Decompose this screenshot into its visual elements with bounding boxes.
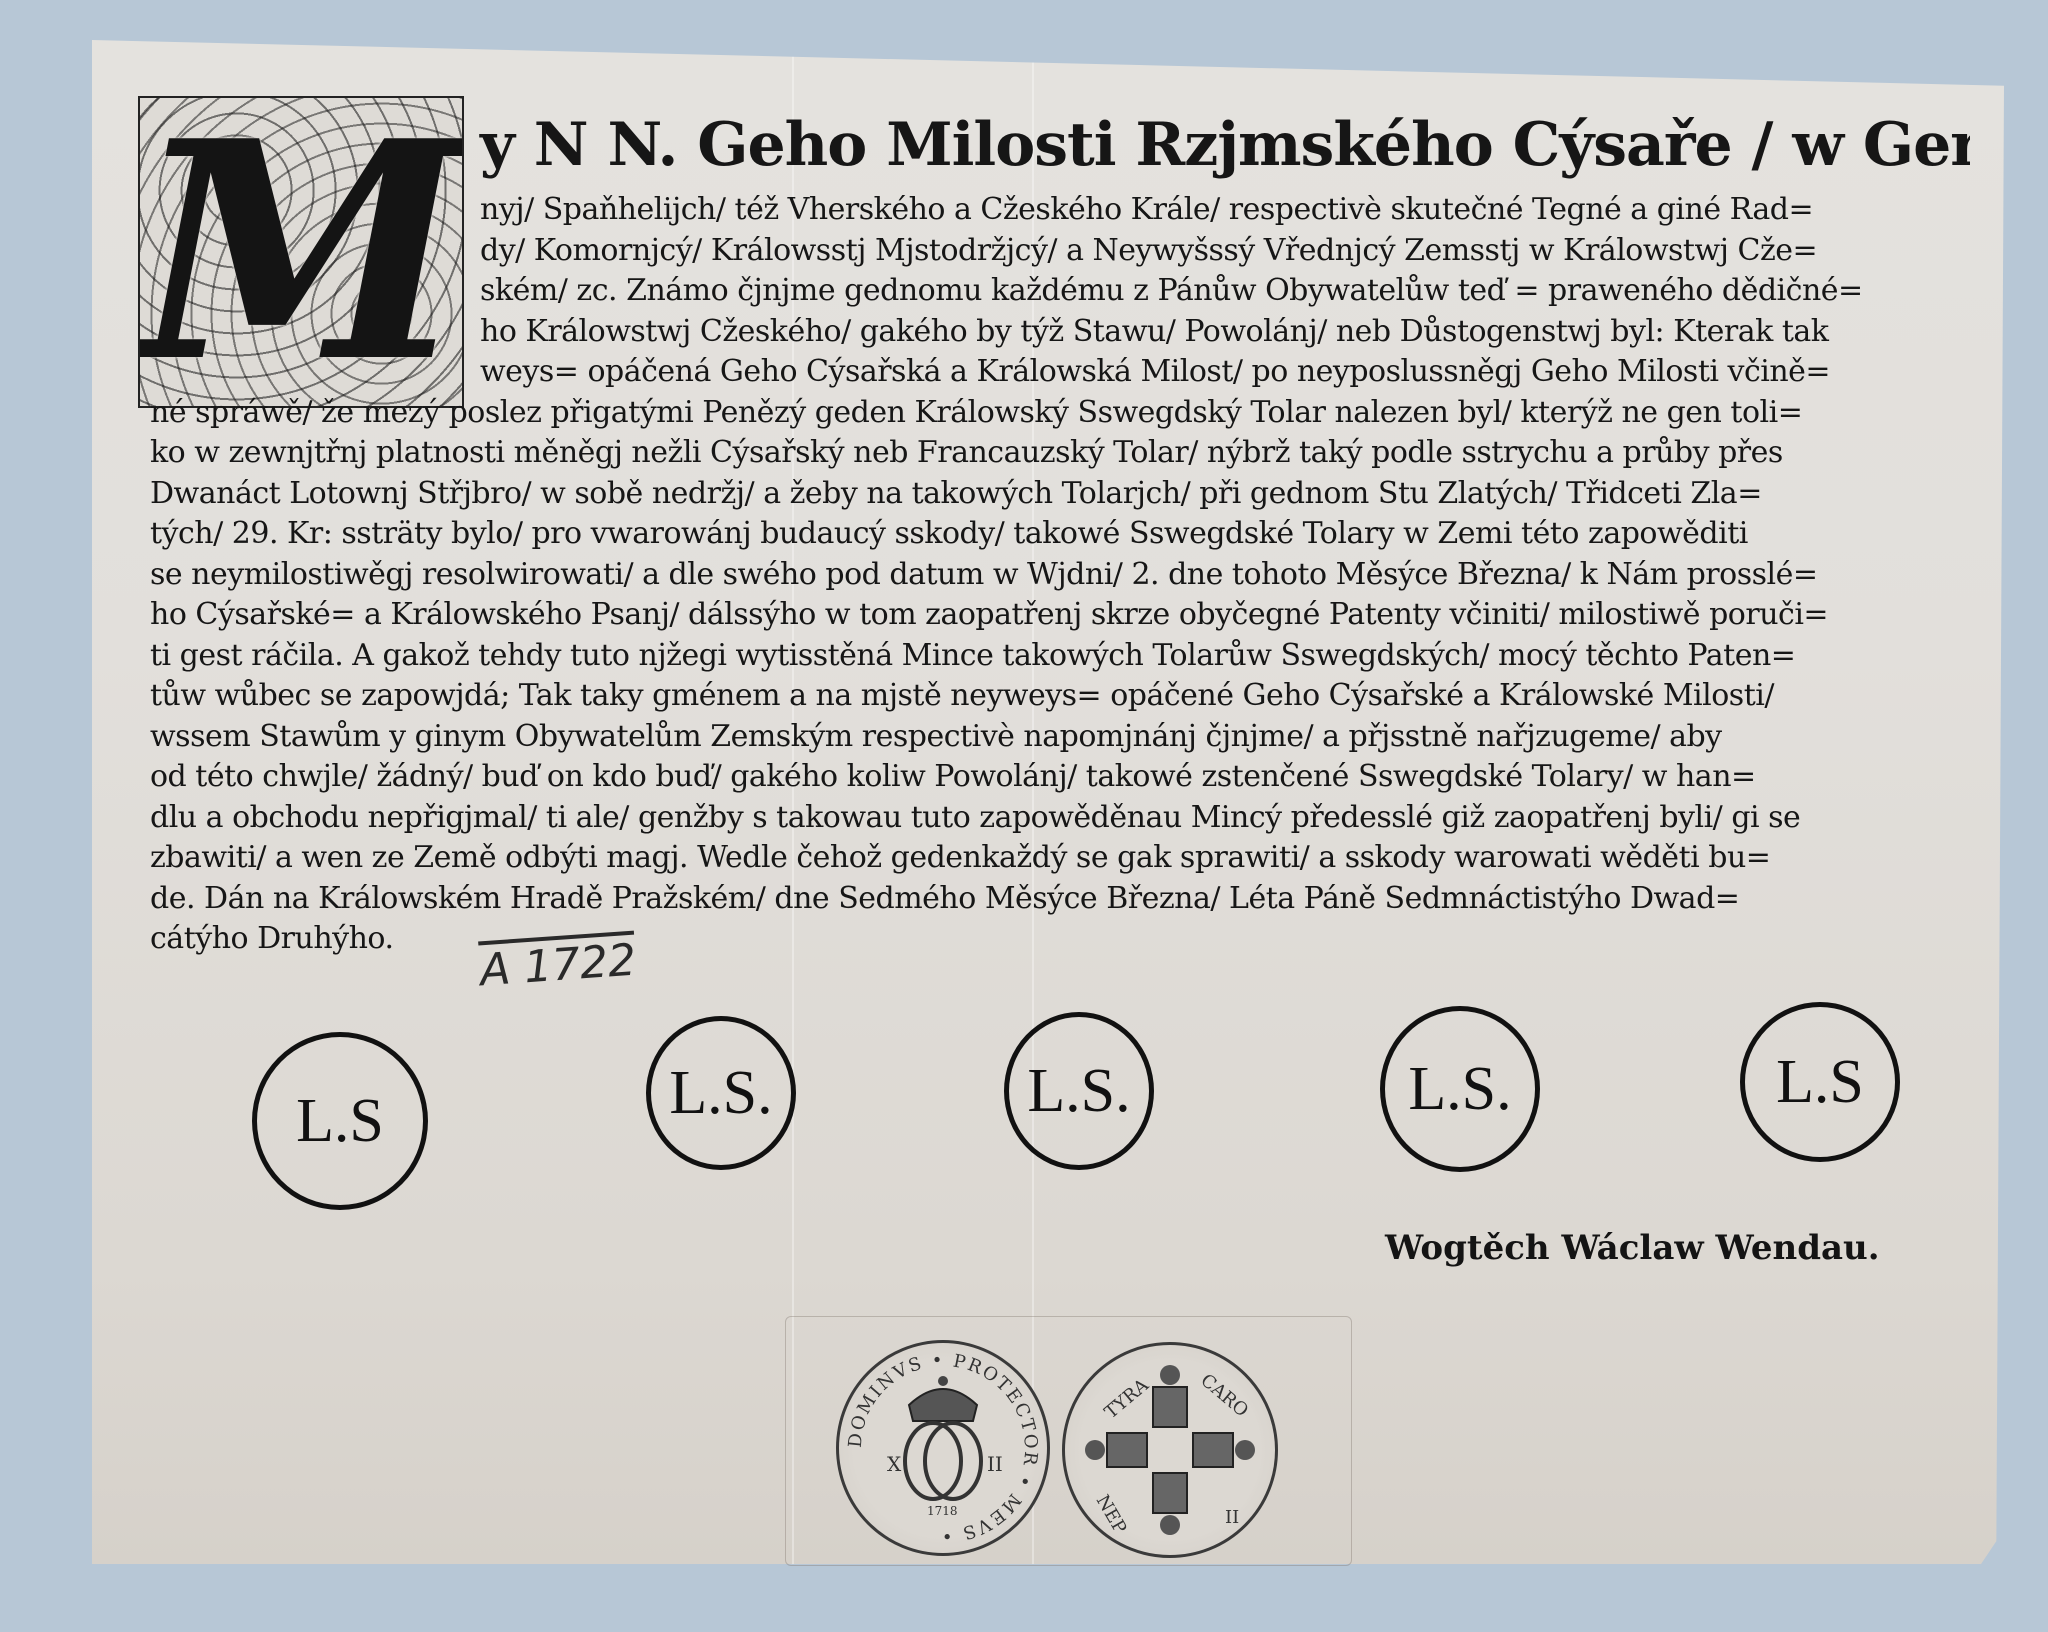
seal-label: L.S. bbox=[1027, 1056, 1130, 1127]
text-line: cátýho Druhýho. bbox=[150, 919, 1970, 960]
handwritten-annotation: A 1722 bbox=[478, 935, 637, 997]
text-line: dlu a obchodu nepřigjmal/ ti ale/ genžby… bbox=[150, 798, 1970, 839]
seal-ls-1: L.S bbox=[252, 1032, 428, 1210]
svg-text:II: II bbox=[1225, 1507, 1239, 1528]
seal-ls-3: L.S. bbox=[1004, 1012, 1154, 1170]
text-line: nyj/ Spaňhelijch/ též Vherského a Cžeské… bbox=[150, 190, 1970, 231]
text-line: ho Cýsařské= a Králowského Psanj/ dálssý… bbox=[150, 595, 1970, 636]
coin-obverse: DOMINVS • PROTECTOR • MEVS • X II 1718 bbox=[836, 1340, 1050, 1556]
svg-text:CARO: CARO bbox=[1196, 1370, 1252, 1422]
crowned-monogram-icon: DOMINVS • PROTECTOR • MEVS • X II 1718 bbox=[839, 1343, 1047, 1553]
text-line: wssem Stawům y ginym Obywatelům Zemským … bbox=[150, 717, 1970, 758]
text-line: zbawiti/ a wen ze Země odbýti magj. Wedl… bbox=[150, 838, 1970, 879]
seal-label: L.S bbox=[296, 1086, 384, 1157]
text-line: od této chwjle/ žádný/ buď on kdo buď/ g… bbox=[150, 757, 1970, 798]
seal-ls-5: L.S bbox=[1740, 1002, 1900, 1162]
svg-text:II: II bbox=[987, 1452, 1003, 1476]
decree-text: y N N. Geho Milosti Rzjmského Cýsaře / w… bbox=[150, 100, 1970, 960]
text-line: tých/ 29. Kr: ssträty bylo/ pro vwarowán… bbox=[150, 514, 1970, 555]
svg-text:X: X bbox=[887, 1452, 902, 1476]
text-line: ko w zewnjtřnj platnosti měněgj nežli Cý… bbox=[150, 433, 1970, 474]
coin-reverse: TYRA CARO NEP II bbox=[1062, 1342, 1278, 1558]
text-line: ho Králowstwj Cžeského/ gakého by týž St… bbox=[150, 312, 1970, 353]
svg-text:NEP: NEP bbox=[1092, 1491, 1131, 1537]
svg-text:TYRA: TYRA bbox=[1101, 1374, 1154, 1423]
seal-label: L.S. bbox=[1408, 1054, 1511, 1125]
text-line: ském/ zc. Známo čjnjme gednomu každému z… bbox=[150, 271, 1970, 312]
text-line-title: y N N. Geho Milosti Rzjmského Cýsaře / w… bbox=[150, 100, 1970, 190]
text-line: dy/ Komornjcý/ Králowsstj Mjstodržjcý/ a… bbox=[150, 231, 1970, 272]
text-line: Dwanáct Lotownj Střjbro/ w sobě nedržj/ … bbox=[150, 474, 1970, 515]
cross-of-shields-icon: TYRA CARO NEP II bbox=[1065, 1345, 1275, 1555]
text-line: de. Dán na Králowském Hradě Pražském/ dn… bbox=[150, 879, 1970, 920]
text-line: se neymilostiwěgj resolwirowati/ a dle s… bbox=[150, 555, 1970, 596]
text-line: né spráwě/ že mezý poslez přigatými Peně… bbox=[150, 393, 1970, 434]
seal-ls-2: L.S. bbox=[646, 1016, 796, 1170]
seal-ls-4: L.S. bbox=[1380, 1006, 1540, 1172]
svg-text:1718: 1718 bbox=[927, 1504, 958, 1518]
seal-label: L.S. bbox=[669, 1058, 772, 1129]
seal-label: L.S bbox=[1776, 1047, 1864, 1118]
text-line: tůw wůbec se zapowjdá; Tak taky gménem a… bbox=[150, 676, 1970, 717]
text-line: weys= opáčená Geho Cýsařská a Králowská … bbox=[150, 352, 1970, 393]
signatory-name: Wogtěch Wáclaw Wendau. bbox=[1385, 1228, 1880, 1268]
text-line: ti gest ráčila. A gakož tehdy tuto njžeg… bbox=[150, 636, 1970, 677]
